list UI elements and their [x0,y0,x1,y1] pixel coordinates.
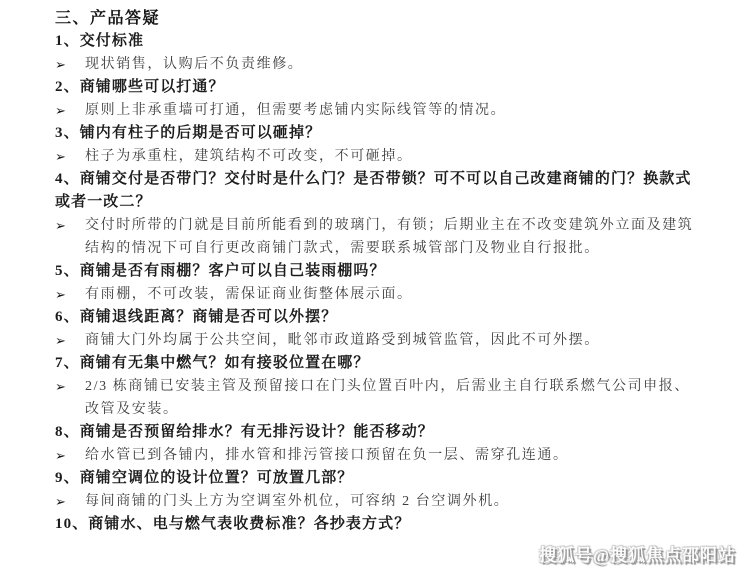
answer-text: 给水管已到各铺内，排水管和排污管接口预留在负一层、需穿孔连通。 [85,444,703,467]
answer-text: 柱子为承重柱，建筑结构不可改变，不可砸掉。 [85,145,703,168]
answer-text: 现状销售，认购后不负责维修。 [85,53,703,76]
arrow-bullet-icon: ➢ [55,283,85,306]
answer-1: ➢ 现状销售，认购后不负责维修。 [55,53,703,76]
question-2: 2、商铺哪些可以打通？ [55,76,703,99]
answer-2: ➢ 原则上非承重墙可打通，但需要考虑铺内实际线管等的情况。 [55,99,703,122]
arrow-bullet-icon: ➢ [55,444,85,467]
answer-text: 商铺大门外均属于公共空间，毗邻市政道路受到城管监管，因此不可外摆。 [85,329,703,352]
arrow-bullet-icon: ➢ [55,145,85,168]
question-7: 7、商铺有无集中燃气？如有接驳位置在哪？ [55,352,703,375]
arrow-bullet-icon: ➢ [55,214,85,237]
answer-text: 原则上非承重墙可打通，但需要考虑铺内实际线管等的情况。 [85,99,703,122]
arrow-bullet-icon: ➢ [55,490,85,513]
question-8: 8、商铺是否预留给排水？有无排污设计？能否移动？ [55,421,703,444]
question-6: 6、商铺退线距离？商铺是否可以外摆？ [55,306,703,329]
arrow-bullet-icon: ➢ [55,375,85,398]
answer-text: 交付时所带的门就是目前所能看到的玻璃门，有锁；后期业主在不改变建筑外立面及建筑结… [85,214,703,260]
question-9: 9、商铺空调位的设计位置？可放置几部？ [55,467,703,490]
answer-9: ➢ 每间商铺的门头上方为空调室外机位，可容纳 2 台空调外机。 [55,490,703,513]
answer-5: ➢ 有雨棚，不可改装，需保证商业街整体展示面。 [55,283,703,306]
answer-6: ➢ 商铺大门外均属于公共空间，毗邻市政道路受到城管监管，因此不可外摆。 [55,329,703,352]
question-4: 4、商铺交付是否带门？交付时是什么门？是否带锁？可不可以自己改建商铺的门？换款式… [55,168,703,214]
answer-text: 有雨棚，不可改装，需保证商业街整体展示面。 [85,283,703,306]
sohu-watermark: 搜狐号@搜狐焦点邵阳站 [539,541,736,566]
answer-text: 2/3 栋商铺已安装主管及预留接口在门头位置百叶内，后需业主自行联系燃气公司申报… [85,375,703,421]
question-5: 5、商铺是否有雨棚？客户可以自己装雨棚吗？ [55,260,703,283]
question-3: 3、铺内有柱子的后期是否可以砸掉？ [55,122,703,145]
question-10: 10、商铺水、电与燃气表收费标准？各抄表方式？ [55,513,703,536]
answer-4: ➢ 交付时所带的门就是目前所能看到的玻璃门，有锁；后期业主在不改变建筑外立面及建… [55,214,703,260]
answer-3: ➢ 柱子为承重柱，建筑结构不可改变，不可砸掉。 [55,145,703,168]
section-heading: 三、产品答疑 [55,7,703,30]
arrow-bullet-icon: ➢ [55,53,85,76]
arrow-bullet-icon: ➢ [55,329,85,352]
answer-8: ➢ 给水管已到各铺内，排水管和排污管接口预留在负一层、需穿孔连通。 [55,444,703,467]
question-1: 1、交付标准 [55,30,703,53]
document-body: 三、产品答疑 1、交付标准 ➢ 现状销售，认购后不负责维修。 2、商铺哪些可以打… [55,7,703,536]
answer-text: 每间商铺的门头上方为空调室外机位，可容纳 2 台空调外机。 [85,490,703,513]
answer-7: ➢ 2/3 栋商铺已安装主管及预留接口在门头位置百叶内，后需业主自行联系燃气公司… [55,375,703,421]
arrow-bullet-icon: ➢ [55,99,85,122]
